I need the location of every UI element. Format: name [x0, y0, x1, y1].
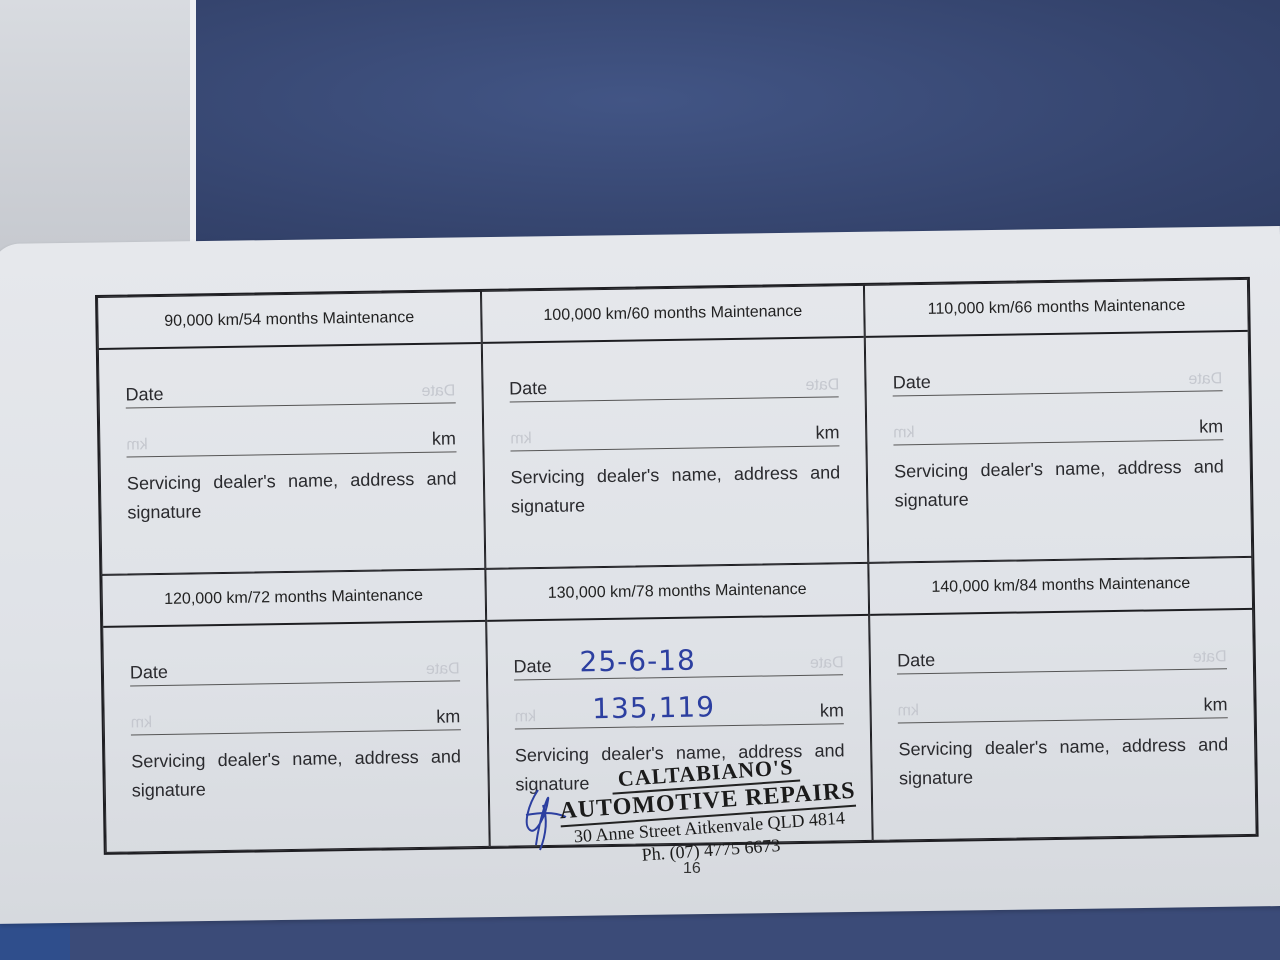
date-line[interactable]: Date Date	[130, 644, 460, 686]
service-label: Servicing dealer's name, address and sig…	[131, 742, 462, 805]
maintenance-cell: 100,000 km/60 months Maintenance Date Da…	[481, 285, 869, 569]
maintenance-cell: 110,000 km/66 months Maintenance Date Da…	[864, 279, 1252, 563]
km-label: km	[820, 700, 844, 723]
cell-heading: 130,000 km/78 months Maintenance	[486, 564, 868, 622]
cell-heading: 90,000 km/54 months Maintenance	[98, 292, 480, 350]
ghost-km-text: km	[893, 424, 915, 442]
km-line[interactable]: km km	[893, 403, 1223, 445]
date-line[interactable]: Date Date	[892, 354, 1222, 396]
ghost-km-text: km	[131, 714, 153, 732]
km-label: km	[436, 706, 460, 729]
ghost-date-text: Date	[1189, 370, 1223, 389]
cell-heading: 100,000 km/60 months Maintenance	[482, 286, 864, 344]
cell-body: Date Date km km Servicing dealer's name,…	[482, 338, 867, 568]
ghost-km-text: km	[126, 436, 148, 454]
km-label: km	[1199, 416, 1223, 439]
cell-body: Date Date km km Servicing dealer's name,…	[866, 332, 1251, 562]
ghost-km-text: km	[898, 702, 920, 720]
date-label: Date	[509, 378, 547, 402]
km-value: 135,119	[592, 693, 715, 725]
ghost-km-text: km	[514, 708, 536, 726]
date-label: Date	[893, 372, 931, 396]
cell-body: Date Date km km Servicing dealer's name,…	[870, 610, 1255, 840]
km-label: km	[815, 422, 839, 445]
date-label: Date	[897, 650, 935, 674]
page-number: 16	[683, 860, 701, 878]
maintenance-cell: 90,000 km/54 months Maintenance Date Dat…	[97, 291, 485, 575]
km-line[interactable]: km km	[898, 681, 1228, 723]
date-line[interactable]: Date Date	[125, 366, 455, 408]
service-label: Servicing dealer's name, address and sig…	[898, 730, 1229, 793]
cell-body: Date Date km km Servicing dealer's name,…	[103, 622, 488, 852]
dealer-stamp: CALTABIANO'S AUTOMOTIVE REPAIRS 30 Anne …	[557, 750, 860, 871]
cell-heading: 120,000 km/72 months Maintenance	[102, 570, 484, 628]
date-label: Date	[513, 656, 551, 680]
ghost-date-text: Date	[805, 376, 839, 395]
ghost-date-text: Date	[426, 660, 460, 679]
cell-heading: 140,000 km/84 months Maintenance	[870, 558, 1252, 616]
service-label: Servicing dealer's name, address and sig…	[127, 464, 458, 527]
cell-heading: 110,000 km/66 months Maintenance	[865, 280, 1247, 338]
km-label: km	[1203, 694, 1227, 717]
ghost-date-text: Date	[1193, 648, 1227, 667]
km-label: km	[432, 428, 456, 451]
background-blue-cover	[196, 0, 1280, 250]
ghost-date-text: Date	[809, 654, 843, 673]
ghost-km-text: km	[510, 430, 532, 448]
date-label: Date	[130, 662, 168, 686]
service-label: Servicing dealer's name, address and sig…	[894, 452, 1225, 515]
km-line[interactable]: km 135,119 km	[514, 687, 844, 729]
maintenance-cell: 140,000 km/84 months Maintenance Date Da…	[869, 557, 1257, 841]
date-label: Date	[125, 384, 163, 408]
km-line[interactable]: km km	[130, 693, 460, 735]
date-line[interactable]: Date Date	[897, 632, 1227, 674]
date-line[interactable]: Date 25-6-18 Date	[513, 638, 843, 680]
cell-body: Date Date km km Servicing dealer's name,…	[99, 344, 484, 574]
background-paper-left	[0, 0, 195, 260]
km-line[interactable]: km km	[510, 409, 840, 451]
maintenance-cell: 120,000 km/72 months Maintenance Date Da…	[101, 569, 489, 853]
ghost-date-text: Date	[421, 382, 455, 401]
km-line[interactable]: km km	[126, 415, 456, 457]
date-line[interactable]: Date Date	[509, 360, 839, 402]
date-value: 25-6-18	[579, 647, 696, 679]
service-label: Servicing dealer's name, address and sig…	[510, 458, 841, 521]
